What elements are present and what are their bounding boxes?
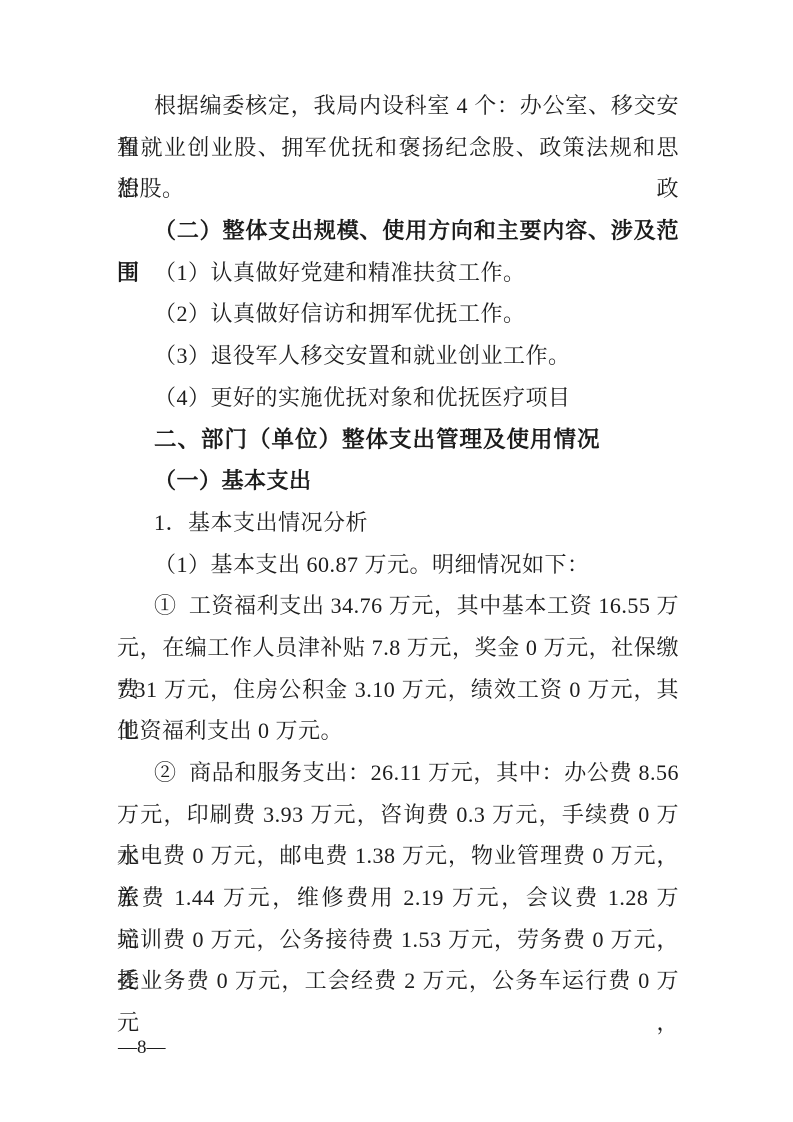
document-page: 根据编委核定，我局内设科室 4 个：办公室、移交安置 和就业创业股、拥军优抚和褒… [0, 0, 793, 1122]
basic-expenditure-analysis-title: 1．基本支出情况分析 [117, 502, 679, 544]
goods-paragraph-line-4: 旅费 1.44 万元，维修费用 2.19 万元，会议费 1.28 万元， [117, 877, 679, 919]
list-item-2: （2）认真做好信访和拥军优抚工作。 [117, 293, 679, 335]
chapter-heading-expenditure-management: 二、部门（单位）整体支出管理及使用情况 [117, 419, 679, 461]
list-item-1: （1）认真做好党建和精准扶贫工作。 [117, 252, 679, 294]
page-number: —8— [118, 1033, 166, 1063]
basic-expenditure-detail-intro: （1）基本支出 60.87 万元。明细情况如下： [117, 544, 679, 586]
intro-paragraph-line-1: 根据编委核定，我局内设科室 4 个：办公室、移交安置 [117, 85, 679, 127]
subsection-heading-basic-expenditure: （一）基本支出 [117, 460, 679, 502]
section-heading-overall-expenditure: （二）整体支出规模、使用方向和主要内容、涉及范围 [117, 210, 679, 252]
goods-paragraph-line-3: 水电费 0 万元，邮电费 1.38 万元，物业管理费 0 万元，差 [117, 835, 679, 877]
goods-paragraph-line-5: 培训费 0 万元，公务接待费 1.53 万元，劳务费 0 万元，委 [117, 919, 679, 961]
salary-paragraph-line-1: ① 工资福利支出 34.76 万元，其中基本工资 16.55 万 [117, 585, 679, 627]
salary-paragraph-line-4: 工资福利支出 0 万元。 [117, 710, 679, 752]
salary-paragraph-line-2: 元，在编工作人员津补贴 7.8 万元，奖金 0 万元，社保缴费 [117, 627, 679, 669]
salary-paragraph-line-3: 7.31 万元，住房公积金 3.10 万元，绩效工资 0 万元，其他 [117, 669, 679, 711]
goods-paragraph-line-6: 托业务费 0 万元，工会经费 2 万元，公务车运行费 0 万元， [117, 960, 679, 1002]
list-item-3: （3）退役军人移交安置和就业创业工作。 [117, 335, 679, 377]
list-item-4: （4）更好的实施优抚对象和优抚医疗项目 [117, 377, 679, 419]
goods-paragraph-line-2: 万元，印刷费 3.93 万元，咨询费 0.3 万元，手续费 0 万元， [117, 794, 679, 836]
document-body: 根据编委核定，我局内设科室 4 个：办公室、移交安置 和就业创业股、拥军优抚和褒… [117, 85, 679, 1002]
goods-paragraph-line-1: ② 商品和服务支出：26.11 万元，其中：办公费 8.56 [117, 752, 679, 794]
intro-paragraph-line-2: 和就业创业股、拥军优抚和褒扬纪念股、政策法规和思想政 [117, 127, 679, 169]
